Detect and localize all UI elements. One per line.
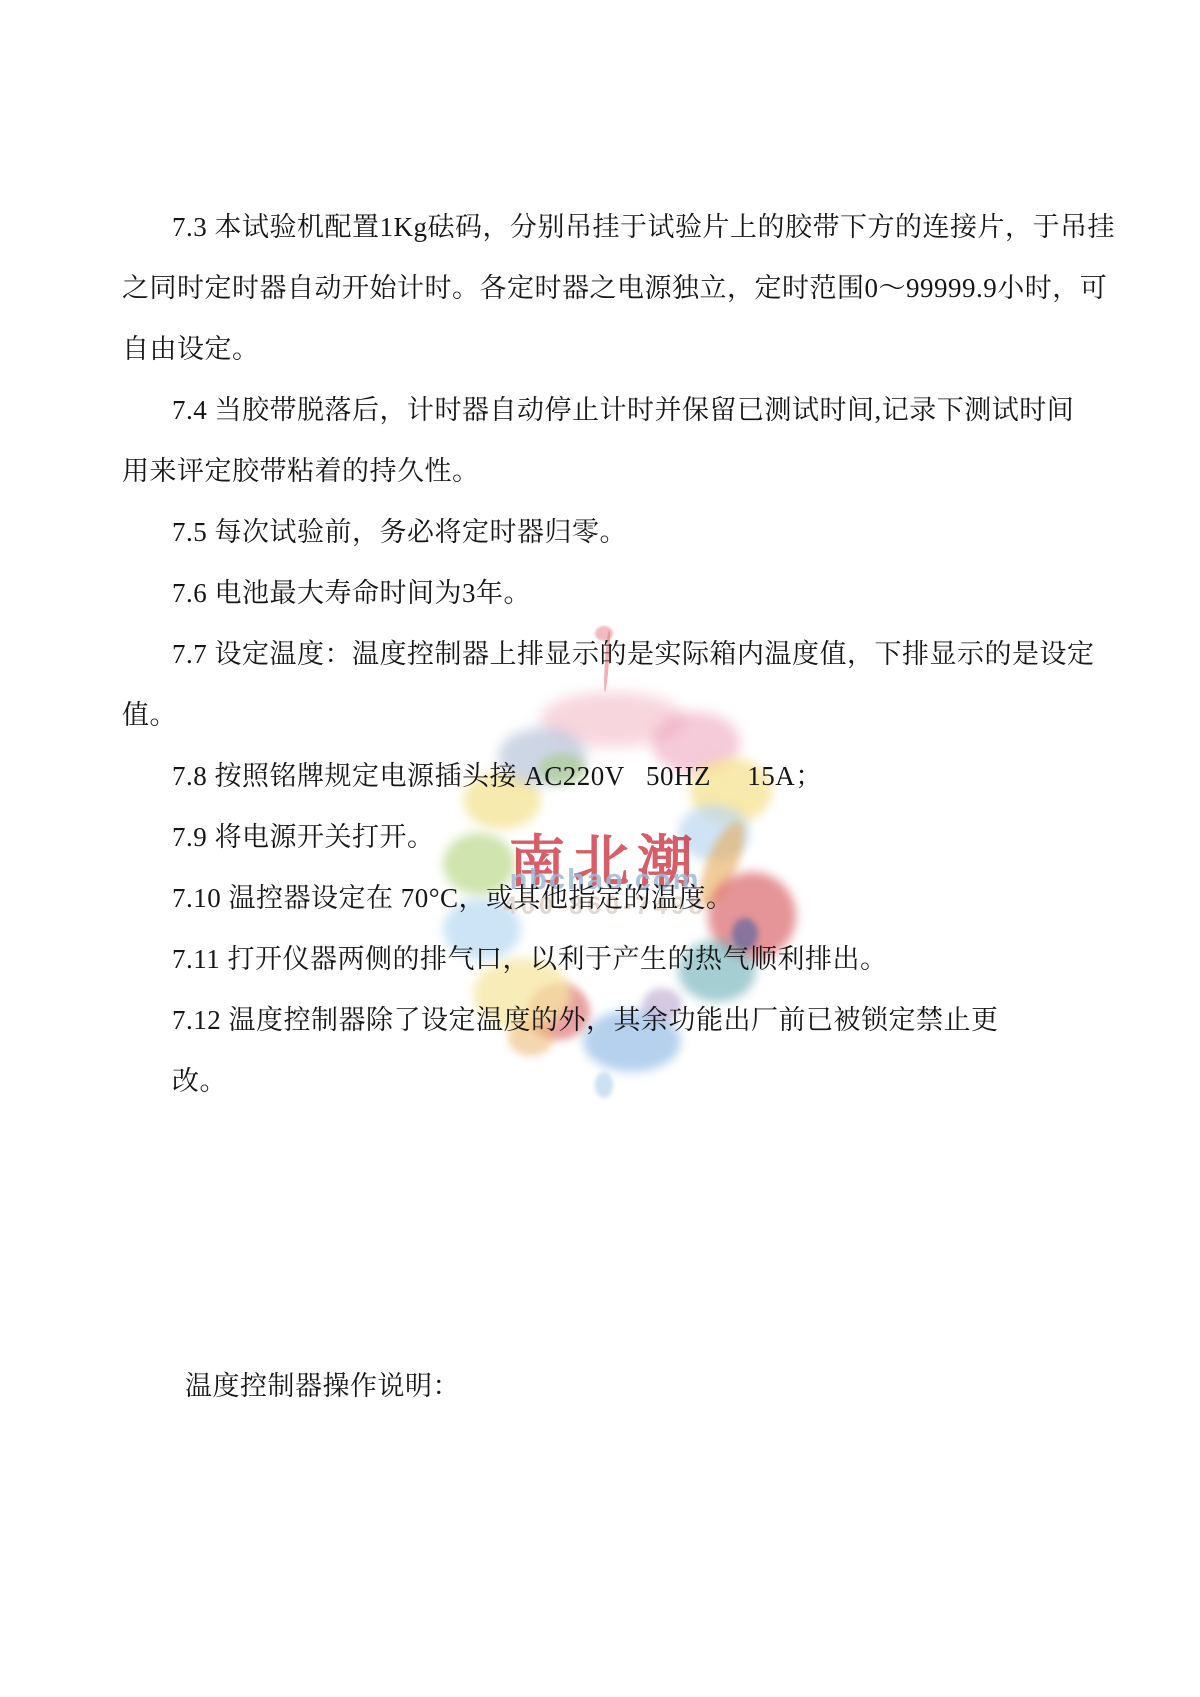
clause-7-5: 7.5 每次试验前，务必将定时器归零。 — [122, 502, 1080, 563]
clause-7-9: 7.9 将电源开关打开。 — [122, 807, 1080, 868]
clause-7-12-line-1: 7.12 温度控制器除了设定温度的外，其余功能出厂前已被锁定禁止更 — [122, 990, 1080, 1051]
clause-7-7-line-2: 值。 — [122, 685, 1080, 746]
section-heading-temp-controller: 温度控制器操作说明： — [122, 1356, 1080, 1417]
clause-7-3-line-3: 自由设定。 — [122, 319, 1080, 380]
clause-7-4-line-1: 7.4 当胶带脱落后，计时器自动停止计时并保留已测试时间,记录下测试时间 — [122, 380, 1080, 441]
document-body: 7.3 本试验机配置1Kg砝码，分别吊挂于试验片上的胶带下方的连接片，于吊挂 之… — [122, 197, 1080, 1417]
clause-7-3-line-2: 之同时定时器自动开始计时。各定时器之电源独立，定时范围0～99999.9小时，可 — [122, 258, 1080, 319]
clause-7-7-line-1: 7.7 设定温度：温度控制器上排显示的是实际箱内温度值，下排显示的是设定 — [122, 624, 1080, 685]
blank-gap — [122, 1112, 1080, 1356]
clause-7-11: 7.11 打开仪器两侧的排气口，以利于产生的热气顺利排出。 — [122, 929, 1080, 990]
clause-7-4-line-2: 用来评定胶带粘着的持久性。 — [122, 441, 1080, 502]
clause-7-6: 7.6 电池最大寿命时间为3年。 — [122, 563, 1080, 624]
clause-7-8: 7.8 按照铭牌规定电源插头接 AC220V 50HZ 15A； — [122, 746, 1080, 807]
clause-7-12-line-2: 改。 — [122, 1051, 1080, 1112]
clause-7-3-line-1: 7.3 本试验机配置1Kg砝码，分别吊挂于试验片上的胶带下方的连接片，于吊挂 — [122, 197, 1080, 258]
clause-7-10: 7.10 温控器设定在 70°C，或其他指定的温度。 — [122, 868, 1080, 929]
